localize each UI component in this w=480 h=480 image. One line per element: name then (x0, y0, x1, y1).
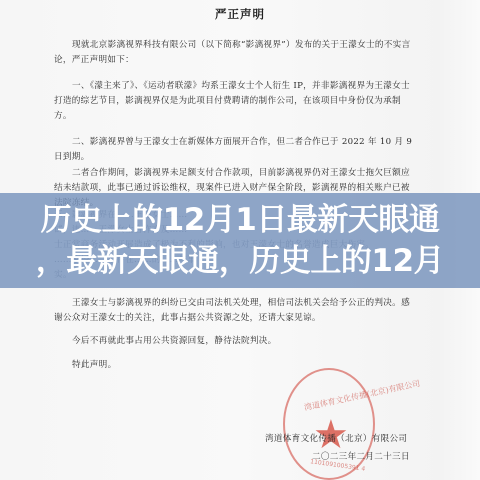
signature-company: 湾道体育文化传播（北京）有限公司 (265, 432, 407, 444)
paragraph-point-2: 二、影漓视界曾与王濛女士在新媒体方面展开合作，但二者合作已于 2022 年 10… (54, 135, 414, 165)
paragraph-closing: 特此声明。 (54, 358, 414, 373)
banner-headline-line-2: ，最新天眼通，历史上的12月 (0, 246, 480, 277)
paragraph-no-further-reply: 今后不再就此事占用公共资源回复，静待法院判决。 (54, 334, 414, 349)
document-page: 严正声明 现就北京影漓视界科技有限公司（以下简称“影漓视界”）发布的关于王濛女士… (0, 0, 480, 480)
signature-date: 二〇二三年二月二十三日 (312, 450, 410, 462)
headline-banner: 历史上的12月1日最新天眼通 ，最新天眼通，历史上的12月 (0, 193, 480, 288)
paragraph-dispute: 王濛女士与影漓视界的纠纷已交由司法机关处理，相信司法机关会给予公正的判决。感谢公… (54, 296, 414, 326)
paragraph-point-1: 一、《濛主来了》、《运动者联濛》均系王濛女士个人衍生 IP，并非影漓视界为王濛女… (54, 79, 414, 124)
document-title: 严正声明 (0, 6, 480, 22)
banner-headline-line-1: 历史上的12月1日最新天眼通 (0, 205, 480, 236)
paragraph-intro: 现就北京影漓视界科技有限公司（以下简称“影漓视界”）发布的关于王濛女士的不实言论… (54, 38, 414, 68)
